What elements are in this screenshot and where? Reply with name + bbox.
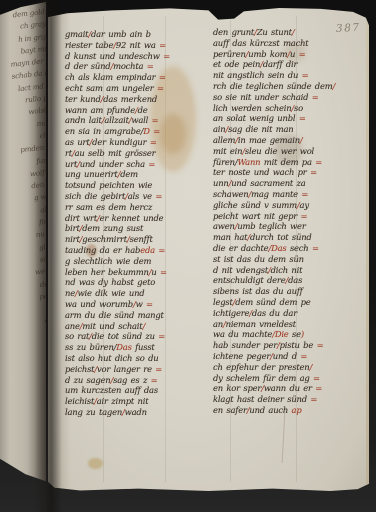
manuscript-text-line: peichst/vor langer re = (65, 364, 211, 375)
manuscript-text-line: unn/und sacrament za (213, 178, 363, 189)
manuscript-text-line: man hat/durch tot sünd (213, 232, 363, 243)
manuscript-text-line: tauding da er habeda = (65, 245, 211, 256)
manuscript-text-line: birt/dem zung sust (65, 223, 211, 234)
manuscript-text-line: nit angstlich sein du = (213, 70, 363, 81)
manuscript-text-line: wa und worumb/w = (65, 299, 211, 310)
manuscript-text-line: ch als klam empindar = (65, 72, 211, 83)
manuscript-text-line: mit ein/sleu die wer wol (213, 146, 363, 157)
manuscript-text-line: rt/au selb mit grösser (65, 148, 211, 159)
manuscript-text-line: ain/sag die nit man (213, 124, 363, 135)
manuscript-text-line: as urt/der kundigur = (65, 137, 211, 148)
manuscript-text-line: d zu sagen/sag es z = (65, 375, 211, 386)
manuscript-text-line: awen/umb teglich wer (213, 221, 363, 232)
text-column-left: gmait/dar umb ain briester tabe/92 nit w… (65, 29, 211, 418)
manuscript-text-line: st ist das du dem sün (213, 254, 363, 265)
manuscript-text-line: so sie nit under schaid = (213, 92, 363, 103)
manuscript-text-line: schawen/mag mante = (213, 189, 363, 200)
manuscript-text-line: wa du machte/Die se) (213, 329, 363, 340)
manuscript-text-line: füren/Wann mit dem pa = (213, 157, 363, 168)
paper-stain (88, 458, 103, 469)
manuscript-text-line: dy schelem für dem ag = (213, 373, 363, 384)
manuscript-text-line: en sia in amgrabe/D = (65, 126, 211, 137)
manuscript-text-line: andn lait/allzait/wall = (65, 115, 211, 126)
manuscript-text-line: die er dachte/Das sech = (213, 243, 363, 254)
manuscript-text-line: en safer/und auch ap (213, 405, 363, 416)
page-edge-highlight (366, 6, 369, 492)
manuscript-text-line: leben her bekummn/u = (65, 267, 211, 278)
manuscript-text-line: urt/und under scha = (65, 159, 211, 170)
manuscript-text-line: so rat/die tot sünd zu = (65, 331, 211, 342)
manuscript-text-line: den grunt/Zu stunt/ (213, 27, 363, 38)
manuscript-text-line: echt sam am ungeler = (65, 83, 211, 94)
manuscript-text-line: gmait/dar umb ain b (65, 29, 211, 40)
manuscript-text-line: ch epfehur der presten/ (213, 362, 363, 373)
manuscript-text-line: en kor sper/wann du er = (213, 383, 363, 394)
paper-crease (282, 411, 286, 463)
manuscript-text-line: ichtigere/das du dar (213, 308, 363, 319)
manuscript-text-line: rch die teglichen sünde dem/ (213, 81, 363, 92)
manuscript-text-line: sich die gebirt/als ve = (65, 191, 211, 202)
manuscript-text-line: gliche sünd v summ/ay (213, 200, 363, 211)
manuscript-text-line: d der sünd/mochta = (65, 61, 211, 72)
manuscript-text-line: entschuldigt dere/das (213, 275, 363, 286)
manuscript-text-line: perüren/umb kom/u = (213, 49, 363, 60)
manuscript-text-line: d nit vdengst/dich nit (213, 265, 363, 276)
manuscript-text-line: an solat wenig unbl = (213, 113, 363, 124)
manuscript-text-line: ung unuerirt/dem (65, 169, 211, 180)
facing-page-edge: dem goldch grayh in gripbayt milmayn der… (0, 0, 46, 512)
manuscript-text-line: auff das kürczst macht (213, 38, 363, 49)
manuscript-text-line: allem/in mae gemain/ (213, 135, 363, 146)
manuscript-text-line: totsund peichten wie (65, 180, 211, 191)
manuscript-text-line: nd was dy habst geto (65, 277, 211, 288)
manuscript-text-line: et ode pein/darff dir (213, 59, 363, 70)
text-column-right: den grunt/Zu stunt/auff das kürczst mach… (213, 27, 363, 416)
manuscript-text-line: lich werden schein/so (213, 103, 363, 114)
manuscript-text-line: ane/mit und schait/ (65, 321, 211, 332)
photograph-background: dem goldch grayh in gripbayt milmayn der… (0, 0, 376, 512)
manuscript-text-line: sibens ist das du auff (213, 286, 363, 297)
manuscript-text-line: peicht wart nit gepr = (213, 211, 363, 222)
manuscript-text-line: wann am pfunde/de (65, 105, 211, 116)
manuscript-text-line: rr sam es dem hercz (65, 202, 211, 213)
manuscript-text-line: an/nieman vmeldest (213, 319, 363, 330)
manuscript-text-line: ne/wie dik wie und (65, 288, 211, 299)
manuscript-text-line: legst/dem sünd dem pe (213, 297, 363, 308)
manuscript-text-line: klagt hast deiner sünd = (213, 394, 363, 405)
manuscript-text-line: ist also hut dich so du (65, 353, 211, 364)
manuscript-text-line: riester tabe/92 nit wa = (65, 40, 211, 51)
manuscript-text-line: ichtene peger/und d = (213, 351, 363, 362)
manuscript-text-line: dirt wrt/er kennet unde (65, 213, 211, 224)
manuscript-text-line: lang zu tagen/wadn (65, 407, 211, 418)
manuscript-text-line: d kunst und undeschw = (65, 51, 211, 62)
manuscript-text-line: ss zu büren/Das fusst (65, 342, 211, 353)
manuscript-text-line: leichist/air zimpt nit (65, 396, 211, 407)
manuscript-text-line: ter noste und wach pr = (213, 167, 363, 178)
manuscript-text-line: g slechtlich wie dem (65, 256, 211, 267)
manuscript-text-line: um kurczsten auff das (65, 385, 211, 396)
manuscript-page: 387 gmait/dar umb ain briester tabe/92 n… (48, 6, 369, 492)
manuscript-text-line: nirt/geschmirrt/senfft (65, 234, 211, 245)
manuscript-text-line: ter kund/das merkend (65, 94, 211, 105)
manuscript-text-line: arm du die sünd mangt (65, 310, 211, 321)
manuscript-text-line: hab sunder per/pistu be = (213, 340, 363, 351)
